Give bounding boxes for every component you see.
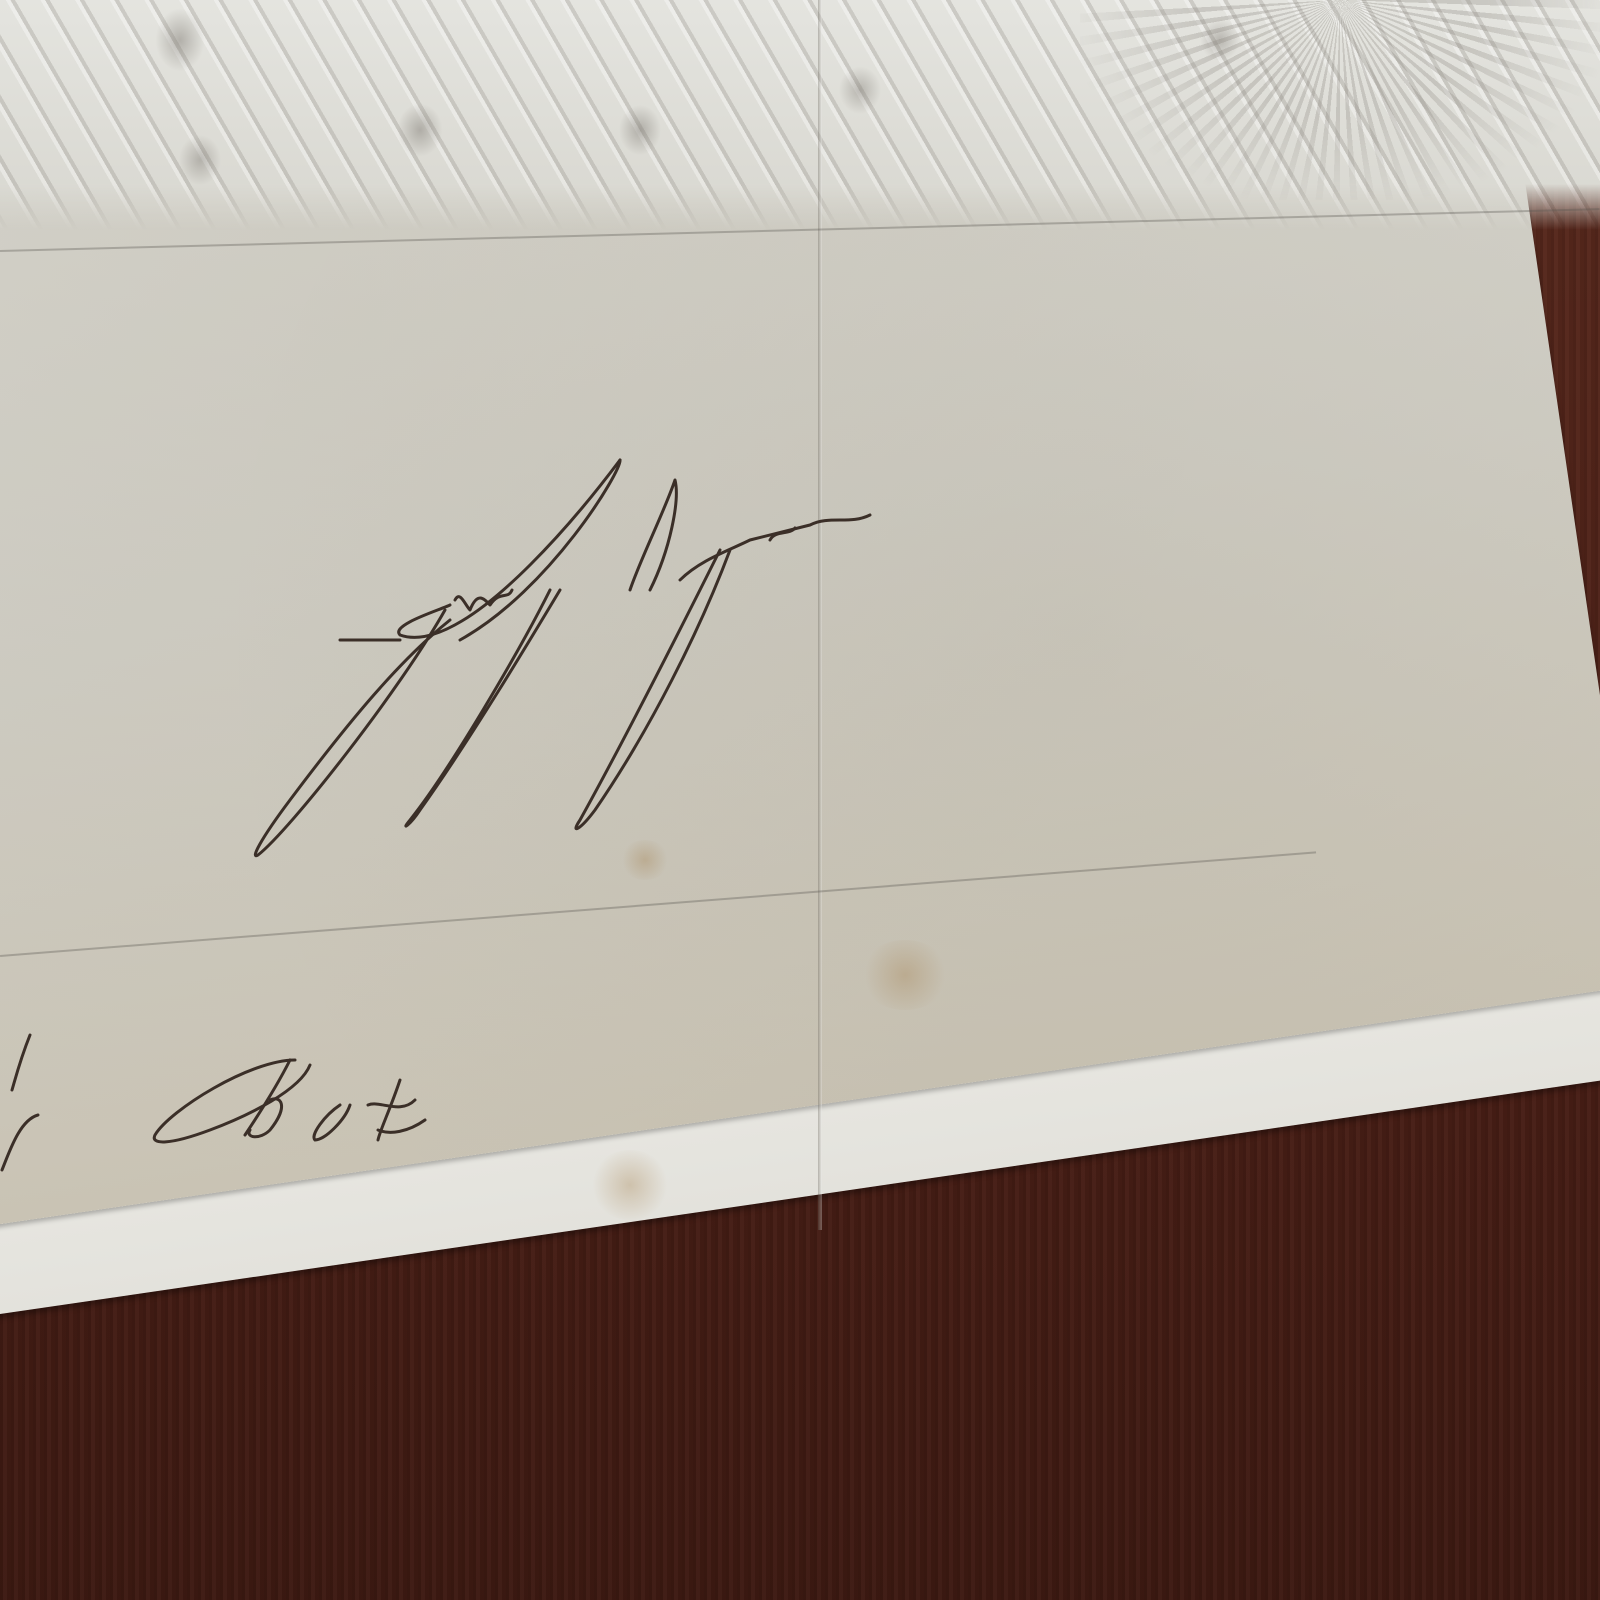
- foxing-stain: [590, 1150, 670, 1220]
- foxing-stain: [860, 940, 950, 1010]
- partial-letter-icon: [0, 1000, 60, 1180]
- embossed-sunburst: [1080, 0, 1600, 200]
- box-strokes-icon: [150, 1020, 470, 1150]
- photo-scene: Gwydyr Box: [0, 0, 1600, 1600]
- handwritten-box-text: Box: [150, 1020, 470, 1150]
- handwritten-signature: Gwydyr: [250, 440, 1150, 870]
- signature-strokes-icon: [250, 440, 1150, 870]
